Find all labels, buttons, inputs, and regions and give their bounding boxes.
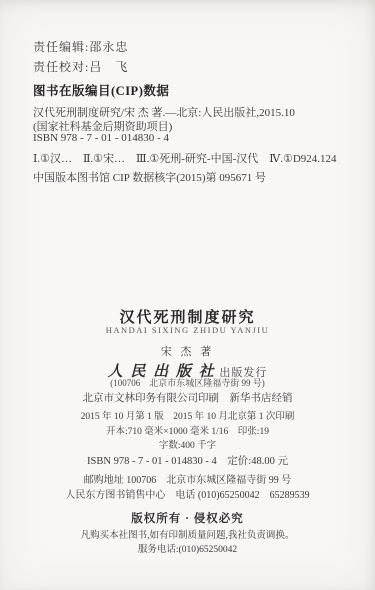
publisher-address-line: (100706 北京市东城区隆福寺街 99 号)	[0, 376, 375, 389]
quality-exchange-line: 凡购买本社图书,如有印制质量问题,我社负责调换。	[0, 527, 375, 541]
book-title-pinyin: HANDAI SIXING ZHIDU YANJIU	[0, 325, 375, 335]
word-count-line: 字数:400 千字	[0, 437, 375, 451]
author-line: 宋 杰 著	[0, 343, 375, 359]
edition-printing-line: 2015 年 10 月第 1 版 2015 年 10 月北京第 1 次印刷	[0, 408, 375, 422]
isbn-price-line: ISBN 978 - 7 - 01 - 014830 - 4 定价:48.00 …	[0, 453, 375, 468]
mail-order-address-line: 邮购地址 100706 北京市东城区隆福寺街 99 号	[0, 471, 375, 486]
book-title: 汉代死刑制度研究	[0, 306, 375, 327]
responsible-proofreader-line: 责任校对:吕 飞	[33, 58, 128, 75]
book-copyright-page: 责任编辑:邵永忠 责任校对:吕 飞 图书在版编目(CIP)数据 汉代死刑制度研究…	[0, 0, 375, 590]
responsible-editor-line: 责任编辑:邵永忠	[33, 38, 128, 55]
format-sheets-line: 开本:710 毫米×1000 毫米 1/16 印张:19	[0, 423, 375, 437]
cip-data-header: 图书在版编目(CIP)数据	[33, 81, 169, 99]
service-phone-line: 服务电话:(010)65250042	[0, 541, 375, 555]
printer-distributor-line: 北京市文林印务有限公司印刷 新华书店经销	[0, 390, 375, 405]
sales-center-phone-line: 人民东方图书销售中心 电话 (010)65250042 65289539	[0, 486, 375, 501]
copyright-notice: 版权所有 · 侵权必究	[0, 510, 375, 526]
cip-record-number-line: 中国版本图书馆 CIP 数据核字(2015)第 095671 号	[33, 169, 266, 185]
cip-classification-line: Ⅰ.①汉… Ⅱ.①宋… Ⅲ.①死刑-研究-中国-汉代 Ⅳ.①D924.124	[33, 150, 337, 166]
cip-isbn-line: ISBN 978 - 7 - 01 - 014830 - 4	[33, 132, 169, 144]
